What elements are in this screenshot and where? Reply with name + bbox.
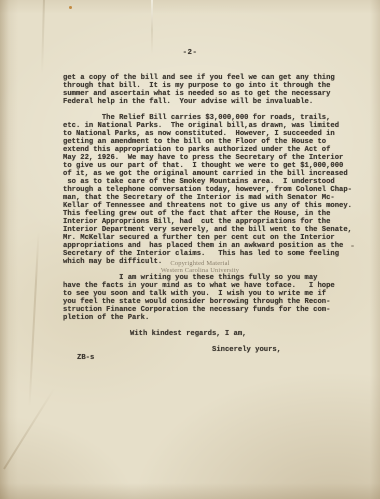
- watermark: Copyrighted Material Western Carolina Un…: [138, 260, 262, 274]
- paper-crease-top-left: [41, 0, 45, 74]
- paper-crease-bottom-left: [3, 388, 55, 470]
- letter-page: -2- get a copy of the bill and see if yo…: [0, 0, 380, 499]
- watermark-line-1: Copyrighted Material: [138, 260, 262, 267]
- paragraph-1: get a copy of the bill and see if you fe…: [63, 74, 367, 106]
- paper-crease-top-middle: [151, 0, 153, 54]
- signature-line: Sincerely yours,: [63, 346, 367, 354]
- paper-crease-left-side: [28, 232, 39, 407]
- paper-stain-speck: [69, 6, 72, 9]
- letter-body: get a copy of the bill and see if you fe…: [63, 74, 367, 362]
- typist-initials: ZB-s: [63, 354, 367, 362]
- closing-line: With kindest regards, I am,: [63, 330, 367, 338]
- paragraph-2: The Relief Bill carries $3,000,000 for r…: [63, 114, 367, 266]
- watermark-line-2: Western Carolina University: [138, 267, 262, 274]
- paragraph-3: I am writing you these things fully so y…: [63, 274, 367, 322]
- page-number: -2-: [0, 49, 380, 57]
